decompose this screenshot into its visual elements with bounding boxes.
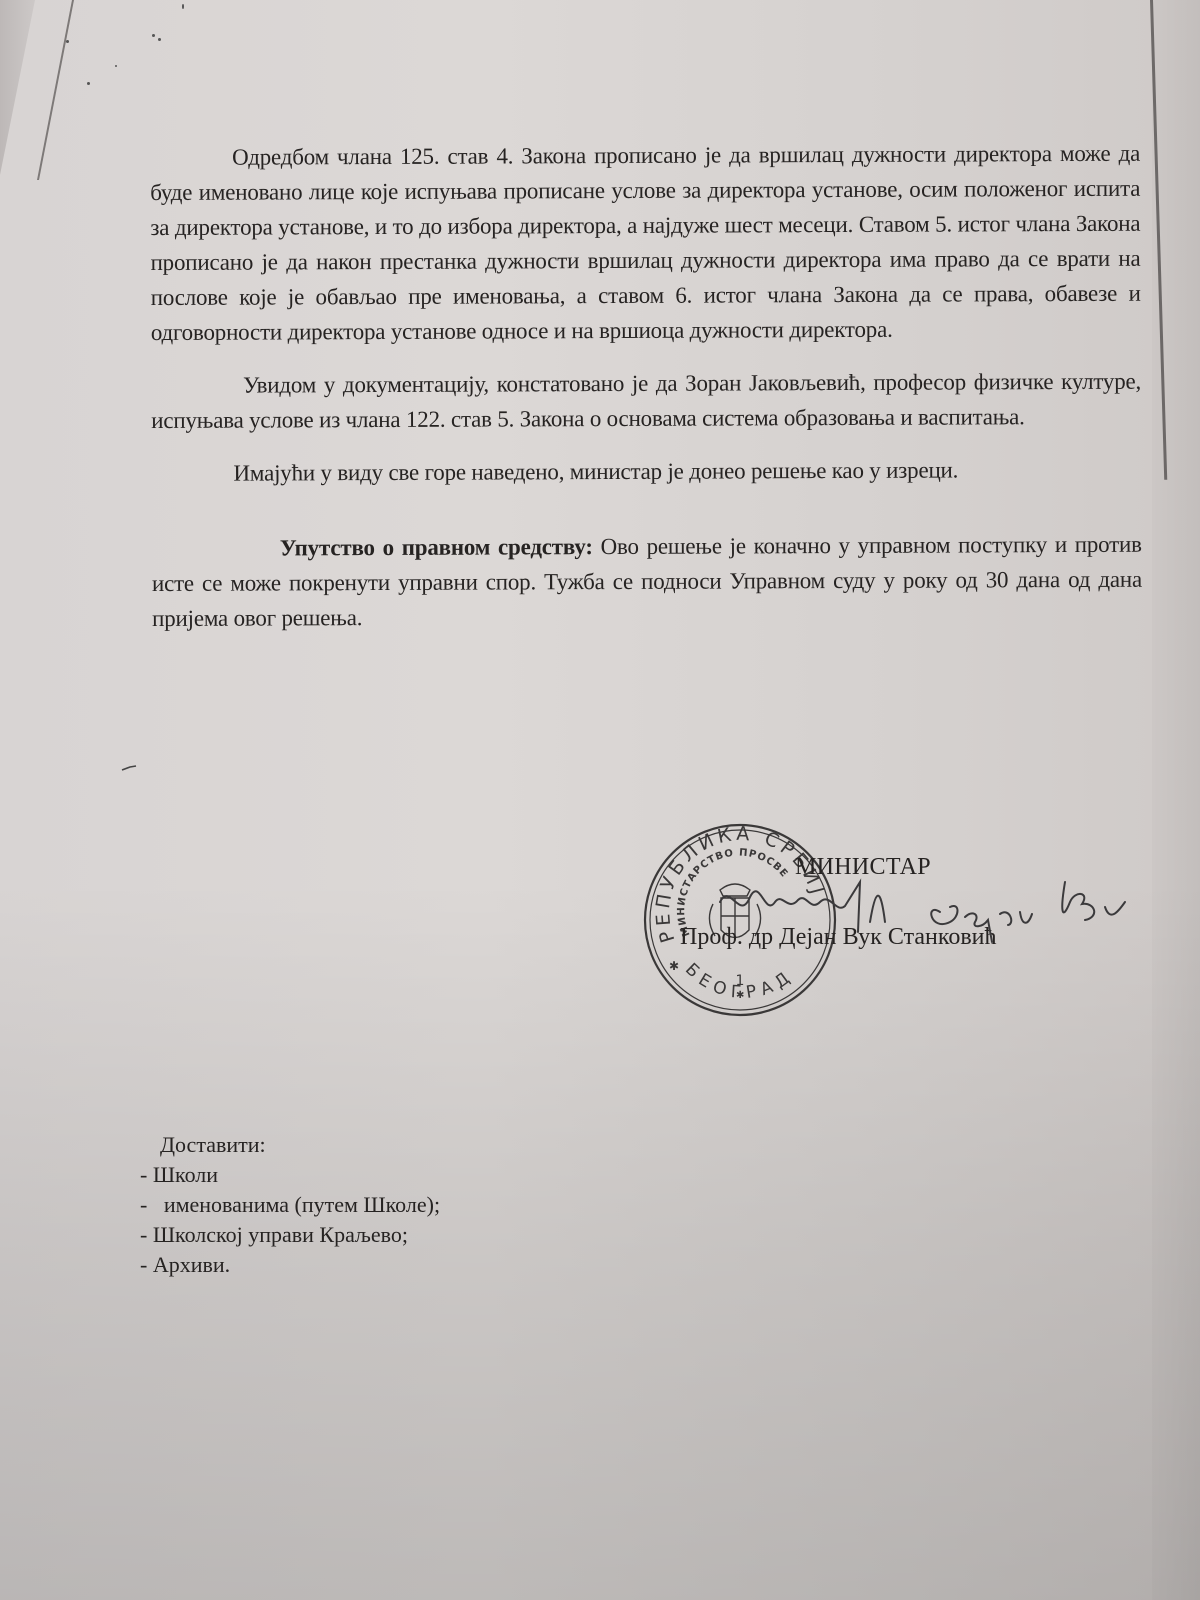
pen-mark	[120, 765, 140, 771]
paragraph-conclusion: Имајући у виду све горе наведено, минист…	[151, 452, 1141, 491]
document-body: Одредбом члана 125. став 4. Закона пропи…	[150, 136, 1142, 636]
legal-remedy-label: Упутство о правном средству:	[280, 534, 593, 560]
shadow	[1152, 0, 1200, 1600]
paragraph-article-125: Одредбом члана 125. став 4. Закона пропи…	[150, 136, 1141, 350]
ink-speck	[66, 40, 69, 43]
delivery-heading: Доставити:	[140, 1130, 440, 1160]
seal-number: 1	[736, 973, 745, 989]
handwritten-signature	[710, 862, 1130, 952]
paragraph-legal-remedy: Упутство о правном средству: Ово решење …	[152, 527, 1142, 636]
seal-star-icon: ✱	[736, 990, 744, 1001]
ink-speck	[115, 65, 117, 67]
signature-block: РЕПУБЛИКА СРБИЈА МИНИСТАРСТВО ПРОСВЕТЕ Б…	[620, 812, 1140, 1042]
ink-speck	[182, 4, 184, 9]
ink-speck	[87, 82, 90, 85]
delivery-item: - Школи	[140, 1160, 440, 1190]
delivery-item: - Школској управи Краљево;	[140, 1220, 440, 1250]
seal-star-icon: ✱	[669, 959, 679, 973]
delivery-item: - Архиви.	[140, 1250, 440, 1280]
delivery-list: Доставити: - Школи - именованима (путем …	[140, 1130, 440, 1280]
paragraph-inspection: Увидом у документацију, констатовано је …	[151, 364, 1141, 438]
delivery-item: - именованима (путем Школе);	[140, 1190, 440, 1220]
ink-speck	[158, 38, 161, 41]
ink-speck	[152, 34, 155, 37]
